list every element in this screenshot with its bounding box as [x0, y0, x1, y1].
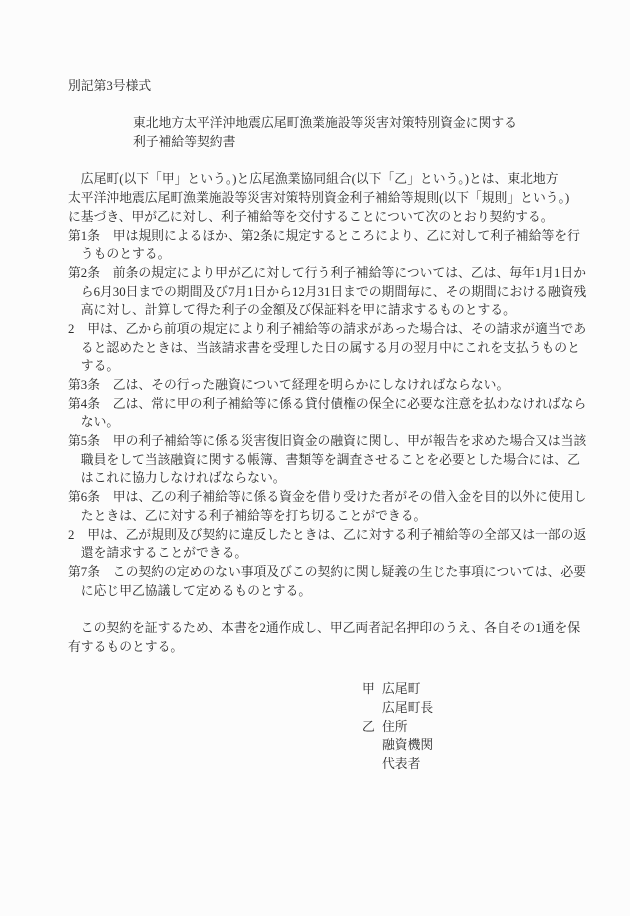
- signature-block: 甲 広尾町 広尾町長 乙 住所 融資機関 代表者: [362, 680, 610, 773]
- contract-body-line: 第1条 甲は規則によるほか、第2条に規定するところにより、乙に対して利子補給等を…: [68, 227, 610, 246]
- signature-field-text: 広尾町: [382, 680, 420, 699]
- signature-field-text: 融資機関: [382, 736, 433, 755]
- signature-party-label: [362, 755, 382, 774]
- blank-line: [68, 96, 610, 115]
- contract-body-line: 職員をして当該融資に関する帳簿、書類等を調査させることを必要とした場合には、乙: [68, 451, 610, 470]
- signature-field-text: 住所: [382, 718, 408, 737]
- signature-row: 融資機関: [362, 736, 610, 755]
- signature-party-label: [362, 736, 382, 755]
- contract-body-line: ない。: [68, 413, 610, 432]
- contract-body-line: する。: [68, 357, 610, 376]
- contract-body-line: 第2条 前条の規定により甲が乙に対して行う利子補給等については、乙は、毎年1月1…: [68, 264, 610, 283]
- contract-body-line: 還を請求することができる。: [68, 544, 610, 563]
- document-title-line2: 利子補給等契約書: [133, 133, 610, 152]
- contract-body-line: 第4条 乙は、常に甲の利子補給等に係る貸付債権の保全に必要な注意を払わなければな…: [68, 395, 610, 414]
- contract-document-page: 別記第3号様式 東北地方太平洋沖地震広尾町漁業施設等災害対策特別資金に関する 利…: [0, 0, 630, 916]
- form-number-label: 別記第3号様式: [68, 77, 610, 96]
- signature-field-text: 代表者: [382, 755, 420, 774]
- signature-party-label: 甲: [362, 680, 382, 699]
- contract-body-line: 広尾町(以下「甲」という。)と広尾漁業協同組合(以下「乙」という。)とは、東北地…: [68, 170, 610, 189]
- contract-body-line: 第6条 甲は、乙の利子補給等に係る資金を借り受けた者がその借入金を目的以外に使用…: [68, 488, 610, 507]
- contract-body-line: ら6月30日までの期間及び7月1日から12月31日までの期間毎に、その期間におけ…: [68, 283, 610, 302]
- contract-body-line: 2 甲は、乙が規則及び契約に違反したときは、乙に対する利子補給等の全部又は一部の…: [68, 526, 610, 545]
- closing-paragraph-line: 有するものとする。: [68, 638, 610, 657]
- closing-paragraph-line: この契約を証するため、本書を2通作成し、甲乙両者記名押印のうえ、各自その1通を保: [68, 619, 610, 638]
- signature-party-label: 乙: [362, 718, 382, 737]
- signature-row: 広尾町長: [362, 699, 610, 718]
- contract-body-line: 第3条 乙は、その行った融資について経理を明らかにしなければならない。: [68, 376, 610, 395]
- contract-body-line: 太平洋沖地震広尾町漁業施設等災害対策特別資金利子補給等規則(以下「規則」という。…: [68, 189, 610, 208]
- contract-body: 広尾町(以下「甲」という。)と広尾漁業協同組合(以下「乙」という。)とは、東北地…: [68, 170, 610, 600]
- signature-field-text: 広尾町長: [382, 699, 433, 718]
- contract-body-line: 高に対し、計算して得た利子の金額及び保証料を甲に請求するものとする。: [68, 301, 610, 320]
- signature-party-label: [362, 699, 382, 718]
- blank-line: [68, 600, 610, 619]
- document-title: 東北地方太平洋沖地震広尾町漁業施設等災害対策特別資金に関する 利子補給等契約書: [133, 114, 610, 151]
- contract-body-line: うものとする。: [68, 245, 610, 264]
- contract-body-line: 2 甲は、乙から前項の規定により利子補給等の請求があった場合は、その請求が適当で…: [68, 320, 610, 339]
- signature-row: 甲 広尾町: [362, 680, 610, 699]
- document-title-line1: 東北地方太平洋沖地震広尾町漁業施設等災害対策特別資金に関する: [133, 114, 610, 133]
- contract-body-line: 第7条 この契約の定めのない事項及びこの契約に関し疑義の生じた事項については、必…: [68, 563, 610, 582]
- signature-row: 代表者: [362, 755, 610, 774]
- signature-row: 乙 住所: [362, 718, 610, 737]
- blank-line: [68, 152, 610, 171]
- contract-body-line: に基づき、甲が乙に対し、利子補給等を交付することについて次のとおり契約する。: [68, 208, 610, 227]
- closing-paragraph: この契約を証するため、本書を2通作成し、甲乙両者記名押印のうえ、各自その1通を保…: [68, 619, 610, 656]
- contract-body-line: ると認めたときは、当該請求書を受理した日の属する月の翌月中にこれを支払うものと: [68, 339, 610, 358]
- contract-body-line: 第5条 甲の利子補給等に係る災害復旧資金の融資に関し、甲が報告を求めた場合又は当…: [68, 432, 610, 451]
- contract-body-line: に応じ甲乙協議して定めるものとする。: [68, 582, 610, 601]
- contract-body-line: たときは、乙に対する利子補給等を打ち切ることができる。: [68, 507, 610, 526]
- contract-body-line: はこれに協力しなければならない。: [68, 469, 610, 488]
